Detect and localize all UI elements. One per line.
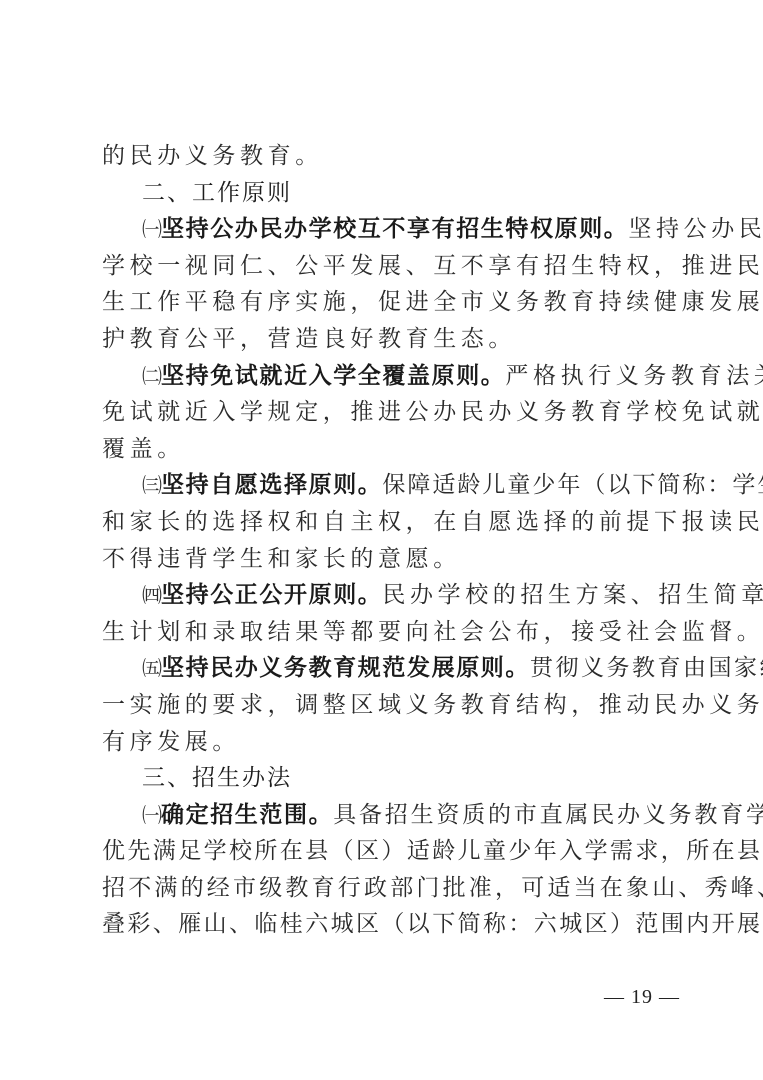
body-text: 学校一视同仁、公平发展、互不享有招生特权，推进民办学校招 [102,253,763,279]
body-text: 贯彻义务教育由国家统 [530,655,763,681]
principle-3-line: ㈢坚持自愿选择原则。保障适龄儿童少年（以下简称：学生） [102,467,672,504]
body-text: 保障适龄儿童少年（以下简称：学生） [382,472,763,498]
document-page: 的民办义务教育。 二、工作原则 ㈠坚持公办民办学校互不享有招生特权原则。坚持公办… [102,138,672,943]
paragraph-line: 生计划和录取结果等都要向社会公布，接受社会监督。 [102,614,672,651]
principle-title: 坚持免试就近入学全覆盖原则。 [161,363,505,389]
principle-5-line: ㈤坚持民办义务教育规范发展原则。贯彻义务教育由国家统 [102,650,672,687]
paragraph-line: 学校一视同仁、公平发展、互不享有招生特权，推进民办学校招 [102,248,672,285]
item-number: ㈣ [142,583,161,607]
body-text: 的民办义务教育。 [102,143,323,169]
section-heading-principles: 二、工作原则 [102,175,672,212]
paragraph-line: 免试就近入学规定，推进公办民办义务教育学校免试就近入学全 [102,394,672,431]
paragraph-line: 优先满足学校所在县（区）适龄儿童少年入学需求，所在县（区） [102,833,672,870]
body-text: 严格执行义务教育法关于 [505,363,763,389]
heading-text: 三、招生办法 [142,765,292,791]
item-number: ㈢ [142,473,161,497]
body-text: 有序发展。 [102,729,240,755]
body-text: 民办学校的招生方案、招生简章、招 [382,582,763,608]
paragraph-line: 护教育公平，营造良好教育生态。 [102,321,672,358]
paragraph-line: 覆盖。 [102,431,672,468]
principle-4-line: ㈣坚持公正公开原则。民办学校的招生方案、招生简章、招 [102,577,672,614]
principle-title: 坚持民办义务教育规范发展原则。 [161,655,530,681]
principle-title: 坚持公办民办学校互不享有招生特权原则。 [161,216,628,242]
body-text: 生计划和录取结果等都要向社会公布，接受社会监督。 [102,619,763,645]
method-title: 确定招生范围。 [161,802,333,828]
item-number: ㈠ [142,803,161,827]
paragraph-line: 一实施的要求，调整区域义务教育结构，推动民办义务教育规范 [102,687,672,724]
paragraph-line: 招不满的经市级教育行政部门批准，可适当在象山、秀峰、七星、 [102,870,672,907]
body-text: 具备招生资质的市直属民办义务教育学校 [333,802,763,828]
body-text: 不得违背学生和家长的意愿。 [102,546,461,572]
method-1-line: ㈠确定招生范围。具备招生资质的市直属民办义务教育学校 [102,797,672,834]
body-text: 一实施的要求，调整区域义务教育结构，推动民办义务教育规范 [102,692,763,718]
paragraph-line: 生工作平稳有序实施，促进全市义务教育持续健康发展，切实维 [102,284,672,321]
heading-text: 二、工作原则 [142,180,292,206]
page-number: — 19 — [604,986,680,1009]
principle-1-line: ㈠坚持公办民办学校互不享有招生特权原则。坚持公办民办 [102,211,672,248]
body-text: 和家长的选择权和自主权，在自愿选择的前提下报读民办学校， [102,509,763,535]
body-text: 坚持公办民办 [628,216,763,242]
paragraph-line: 不得违背学生和家长的意愿。 [102,541,672,578]
paragraph-line: 的民办义务教育。 [102,138,672,175]
item-number: ㈤ [142,656,161,680]
body-text: 招不满的经市级教育行政部门批准，可适当在象山、秀峰、七星、 [102,875,763,901]
item-number: ㈠ [142,217,161,241]
paragraph-line: 叠彩、雁山、临桂六城区（以下简称：六城区）范围内开展招生。 [102,906,672,943]
body-text: 免试就近入学规定，推进公办民办义务教育学校免试就近入学全 [102,399,763,425]
item-number: ㈡ [142,364,161,388]
body-text: 优先满足学校所在县（区）适龄儿童少年入学需求，所在县（区） [102,838,763,864]
principle-title: 坚持自愿选择原则。 [161,472,382,498]
section-heading-enrollment: 三、招生办法 [102,760,672,797]
paragraph-line: 有序发展。 [102,724,672,761]
body-text: 覆盖。 [102,436,185,462]
principle-2-line: ㈡坚持免试就近入学全覆盖原则。严格执行义务教育法关于 [102,358,672,395]
principle-title: 坚持公正公开原则。 [161,582,382,608]
paragraph-line: 和家长的选择权和自主权，在自愿选择的前提下报读民办学校， [102,504,672,541]
body-text: 生工作平稳有序实施，促进全市义务教育持续健康发展，切实维 [102,289,763,315]
body-text: 护教育公平，营造良好教育生态。 [102,326,516,352]
body-text: 叠彩、雁山、临桂六城区（以下简称：六城区）范围内开展招生。 [102,911,763,937]
